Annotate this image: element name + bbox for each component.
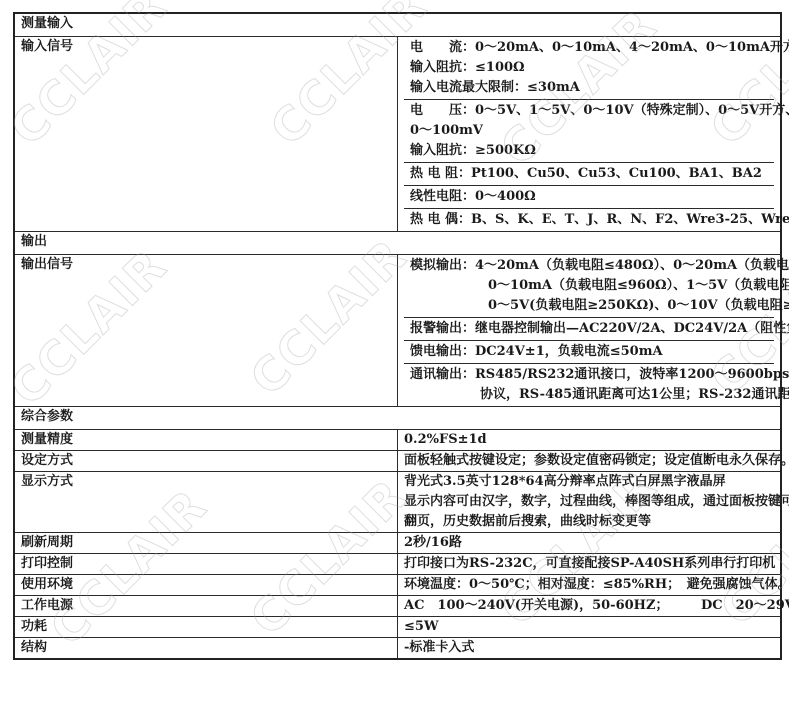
print-control-text: 打印接口为RS-232C，可直接配接SP-A40SH系列串行打印机: [404, 554, 774, 574]
row-structure: 结构 -标准卡入式: [14, 638, 781, 660]
input-current-impedance: 输入阻抗：≤100Ω: [410, 58, 768, 78]
row-accuracy: 测量精度 0.2%FS±1d: [14, 430, 781, 451]
output-comm-line2: 协议，RS-485通讯距离可达1公里；RS-232通讯距离可达：15米。: [410, 385, 768, 405]
label-setting-mode: 设定方式: [14, 451, 398, 472]
value-display-mode: 背光式3.5英寸128*64高分辩率点阵式白屏黑字液晶屏 显示内容可由汉字，数字…: [398, 472, 782, 533]
row-setting-mode: 设定方式 面板轻触式按键设定；参数设定值密码锁定；设定值断电永久保存。: [14, 451, 781, 472]
section-header-input: 测量输入: [14, 13, 781, 37]
input-voltage-range-cont: 0～100mV: [410, 121, 768, 141]
section-header-output: 输出: [14, 232, 781, 255]
label-power-supply: 工作电源: [14, 596, 398, 617]
input-thermocouple-text: 热 电 偶：B、S、K、E、T、J、R、N、F2、Wre3-25、Wre5-26: [410, 210, 768, 230]
environment-text: 环境温度：0～50℃；相对湿度：≤85%RH； 避免强腐蚀气体。: [404, 575, 774, 595]
input-voltage-range: 电 压：0～5V、1～5V、0～10V（特殊定制）、0～5V开方、1～5V开方、…: [410, 101, 768, 121]
input-linear-resistance-text: 线性电阻：0～400Ω: [410, 187, 768, 207]
row-input-signal: 输入信号 电 流：0～20mA、0～10mA、4～20mA、0～10mA开方、4…: [14, 37, 781, 232]
value-accuracy: 0.2%FS±1d: [398, 430, 782, 451]
input-rtd: 热 电 阻：Pt100、Cu50、Cu53、Cu100、BA1、BA2: [404, 163, 774, 186]
input-voltage-block: 电 压：0～5V、1～5V、0～10V（特殊定制）、0～5V开方、1～5V开方、…: [404, 100, 774, 163]
power-consumption-text: ≤5W: [404, 617, 774, 637]
value-environment: 环境温度：0～50℃；相对湿度：≤85%RH； 避免强腐蚀气体。: [398, 575, 782, 596]
output-alarm-text: 报警输出：继电器控制输出—AC220V/2A、DC24V/2A（阻性负载）: [410, 319, 768, 339]
row-power-consumption: 功耗 ≤5W: [14, 617, 781, 638]
value-structure: -标准卡入式: [398, 638, 782, 660]
display-mode-line3: 翻页，历史数据前后搜索，曲线时标变更等: [404, 512, 774, 532]
row-environment: 使用环境 环境温度：0～50℃；相对湿度：≤85%RH； 避免强腐蚀气体。: [14, 575, 781, 596]
power-supply-text: AC 100～240V(开关电源)，50-60HZ； DC 20～29V （开关…: [404, 596, 774, 616]
output-comm-line1: 通讯输出：RS485/RS232通讯接口，波特率1200～9600bps可设置，…: [410, 365, 768, 385]
value-setting-mode: 面板轻触式按键设定；参数设定值密码锁定；设定值断电永久保存。: [398, 451, 782, 472]
label-environment: 使用环境: [14, 575, 398, 596]
label-display-mode: 显示方式: [14, 472, 398, 533]
input-signal-details: 电 流：0～20mA、0～10mA、4～20mA、0～10mA开方、4～20mA…: [398, 37, 782, 232]
label-power-consumption: 功耗: [14, 617, 398, 638]
value-print-control: 打印接口为RS-232C，可直接配接SP-A40SH系列串行打印机: [398, 554, 782, 575]
input-current-range: 电 流：0～20mA、0～10mA、4～20mA、0～10mA开方、4～20mA…: [410, 38, 768, 58]
section-row-output: 输出: [14, 232, 781, 255]
output-analog-line2: 0～10mA（负载电阻≤960Ω）、1～5V（负载电阻≥250KΩ）: [410, 276, 768, 296]
input-voltage-impedance: 输入阻抗：≥500KΩ: [410, 141, 768, 161]
output-analog-line3: 0～5V(负载电阻≥250KΩ)、0～10V（负载电阻≥4KΩ）（特殊定制）: [410, 296, 768, 316]
value-power-consumption: ≤5W: [398, 617, 782, 638]
output-comm-block: 通讯输出：RS485/RS232通讯接口，波特率1200～9600bps可设置，…: [404, 364, 774, 406]
label-accuracy: 测量精度: [14, 430, 398, 451]
section-header-general: 综合参数: [14, 407, 781, 430]
value-refresh-period: 2秒/16路: [398, 533, 782, 554]
display-mode-line2: 显示内容可由汉字，数字，过程曲线，棒图等组成，通过面板按键可完成画面: [404, 492, 774, 512]
label-structure: 结构: [14, 638, 398, 660]
refresh-period-text: 2秒/16路: [404, 533, 774, 553]
input-current-limit: 输入电流最大限制：≤30mA: [410, 78, 768, 98]
input-rtd-text: 热 电 阻：Pt100、Cu50、Cu53、Cu100、BA1、BA2: [410, 164, 768, 184]
label-print-control: 打印控制: [14, 554, 398, 575]
row-power-supply: 工作电源 AC 100～240V(开关电源)，50-60HZ； DC 20～29…: [14, 596, 781, 617]
output-feed: 馈电输出：DC24V±1，负载电流≤50mA: [404, 341, 774, 364]
label-refresh-period: 刷新周期: [14, 533, 398, 554]
value-power-supply: AC 100～240V(开关电源)，50-60HZ； DC 20～29V （开关…: [398, 596, 782, 617]
row-print-control: 打印控制 打印接口为RS-232C，可直接配接SP-A40SH系列串行打印机: [14, 554, 781, 575]
section-row-input: 测量输入: [14, 13, 781, 37]
row-display-mode: 显示方式 背光式3.5英寸128*64高分辩率点阵式白屏黑字液晶屏 显示内容可由…: [14, 472, 781, 533]
structure-text: -标准卡入式: [404, 638, 774, 658]
display-mode-line1: 背光式3.5英寸128*64高分辩率点阵式白屏黑字液晶屏: [404, 472, 774, 492]
section-row-general: 综合参数: [14, 407, 781, 430]
output-analog-block: 模拟输出：4～20mA（负载电阻≤480Ω）、0～20mA（负载电阻≤480Ω）…: [404, 255, 774, 318]
spec-table: 测量输入 输入信号 电 流：0～20mA、0～10mA、4～20mA、0～10m…: [13, 12, 782, 660]
output-feed-text: 馈电输出：DC24V±1，负载电流≤50mA: [410, 342, 768, 362]
setting-mode-text: 面板轻触式按键设定；参数设定值密码锁定；设定值断电永久保存。: [404, 451, 774, 471]
output-alarm: 报警输出：继电器控制输出—AC220V/2A、DC24V/2A（阻性负载）: [404, 318, 774, 341]
label-input-signal: 输入信号: [14, 37, 398, 232]
accuracy-text: 0.2%FS±1d: [404, 430, 774, 450]
label-output-signal: 输出信号: [14, 255, 398, 407]
output-analog-line1: 模拟输出：4～20mA（负载电阻≤480Ω）、0～20mA（负载电阻≤480Ω）: [410, 256, 768, 276]
input-thermocouple: 热 电 偶：B、S、K、E、T、J、R、N、F2、Wre3-25、Wre5-26: [404, 209, 774, 231]
row-refresh-period: 刷新周期 2秒/16路: [14, 533, 781, 554]
spec-sheet: 测量输入 输入信号 电 流：0～20mA、0～10mA、4～20mA、0～10m…: [13, 12, 782, 660]
row-output-signal: 输出信号 模拟输出：4～20mA（负载电阻≤480Ω）、0～20mA（负载电阻≤…: [14, 255, 781, 407]
output-signal-details: 模拟输出：4～20mA（负载电阻≤480Ω）、0～20mA（负载电阻≤480Ω）…: [398, 255, 782, 407]
input-linear-resistance: 线性电阻：0～400Ω: [404, 186, 774, 209]
input-current-block: 电 流：0～20mA、0～10mA、4～20mA、0～10mA开方、4～20mA…: [404, 37, 774, 100]
